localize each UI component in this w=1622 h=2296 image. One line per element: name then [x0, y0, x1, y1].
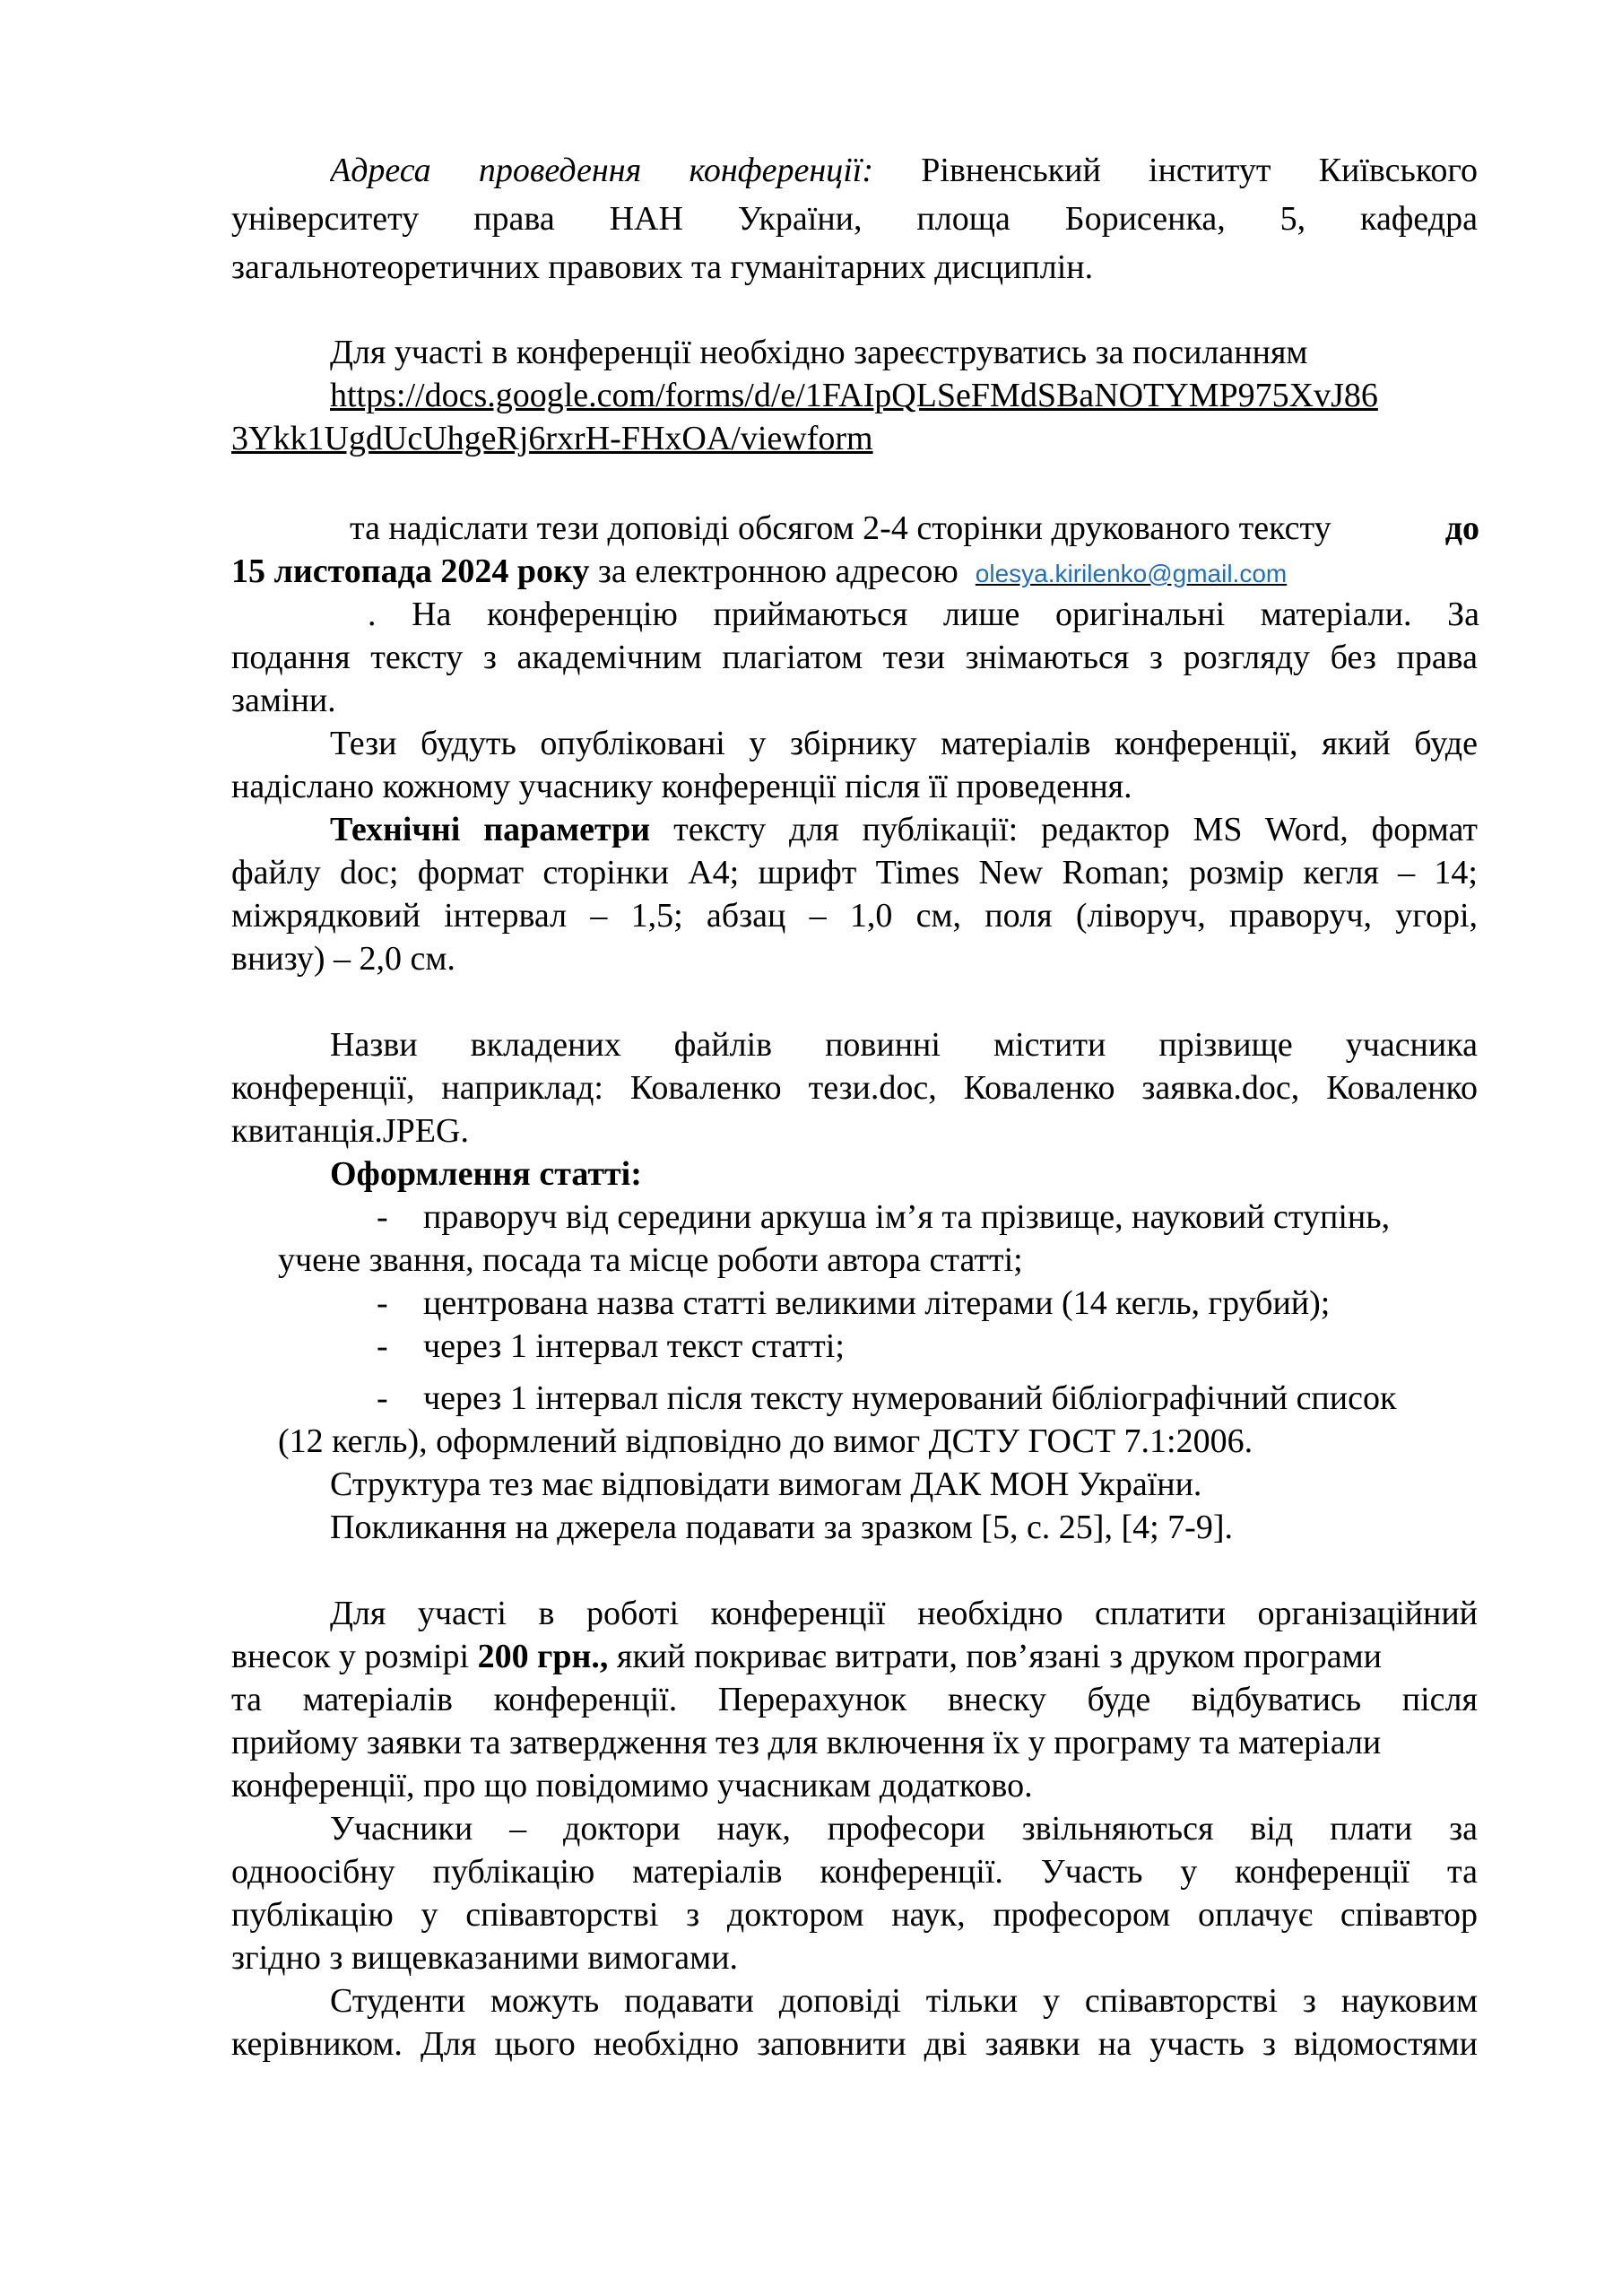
submission-line-3: . На конференцію приймаються лише оригін…	[368, 594, 1479, 635]
fee-line-2: внесок у розмірі 200 грн., який покриває…	[231, 1636, 1478, 1677]
filenames-line-3: квитанція.JPEG.	[231, 1110, 1478, 1152]
formatting-item-2: -центрована назва статті великими літера…	[377, 1283, 1478, 1324]
formatting-item-1: -праворуч від середини аркуша ім’я та пр…	[377, 1196, 1478, 1238]
fee-amount: 200 грн.,	[478, 1638, 609, 1675]
registration-link-line-1[interactable]: https://docs.google.com/forms/d/e/1FAIpQ…	[330, 375, 1478, 416]
registration-link-line-2[interactable]: 3Ykk1UgdUcUhgeRj6rxrH-FHxOA/viewform	[231, 418, 1478, 459]
fee-line-3: та матеріалів конференції. Перерахунок в…	[231, 1679, 1478, 1720]
submission-line-4: подання тексту з академічним плагіатом т…	[231, 637, 1478, 678]
formatting-heading: Оформлення статті:	[330, 1153, 1478, 1195]
fee-line-1: Для участі в роботі конференції необхідн…	[330, 1593, 1478, 1634]
exemption-line-3: публікацію у співавторстві з доктором на…	[231, 1894, 1478, 1935]
bullet-dash: -	[377, 1283, 423, 1324]
bullet-dash: -	[377, 1326, 423, 1367]
submission-line-2: 15 листопада 2024 року за електронною ад…	[231, 551, 1478, 592]
exemption-line-1: Учасники – доктори наук, професори звіль…	[330, 1808, 1478, 1849]
registration-intro: Для участі в конференції необхідно зареє…	[330, 332, 1478, 373]
students-line-2: керівником. Для цього необхідно заповнит…	[231, 2023, 1478, 2065]
fee-line-4: прийому заявки та затвердження тез для в…	[231, 1722, 1478, 1763]
address-line-1: Адреса проведення конференції: Рівненськ…	[330, 150, 1478, 191]
publication-line-2: надіслано кожному учаснику конференції п…	[231, 766, 1478, 807]
address-line-2: університету права НАН України, площа Бо…	[231, 198, 1478, 239]
technical-line-2: файлу doc; формат сторінки А4; шрифт Tim…	[231, 852, 1478, 893]
deadline: 15 листопада 2024 року	[231, 552, 589, 590]
formatting-item-4: -через 1 інтервал після тексту нумерован…	[377, 1378, 1478, 1419]
document-page: Адреса проведення конференції: Рівненськ…	[0, 0, 1622, 2296]
formatting-item-4-cont: (12 кегль), оформлений відповідно до вим…	[278, 1421, 1478, 1462]
registration-link[interactable]: https://docs.google.com/forms/d/e/1FAIpQ…	[330, 377, 1378, 414]
address-label: Адреса проведення конференції:	[330, 152, 873, 189]
filenames-line-2: конференції, наприклад: Коваленко тези.d…	[231, 1067, 1478, 1109]
formatting-item-3: -через 1 інтервал текст статті;	[377, 1326, 1478, 1367]
students-line-1: Студенти можуть подавати доповіді тільки…	[330, 1980, 1478, 2022]
bullet-dash: -	[377, 1196, 423, 1238]
technical-label: Технічні параметри	[330, 811, 650, 848]
technical-line-1: Технічні параметри тексту для публікації…	[330, 809, 1478, 850]
submission-line-5: заміни.	[231, 680, 1478, 721]
formatting-item-1-cont: учене звання, посада та місце роботи авт…	[278, 1239, 1478, 1281]
technical-line-3: міжрядковий інтервал – 1,5; абзац – 1,0 …	[231, 895, 1478, 936]
structure-note: Структура тез має відповідати вимогам ДА…	[330, 1464, 1478, 1505]
filenames-line-1: Назви вкладених файлів повинні містити п…	[330, 1024, 1478, 1065]
citations-note: Покликання на джерела подавати за зразко…	[330, 1507, 1478, 1548]
email-link[interactable]: olesya.kirilenko@gmail.com	[976, 560, 1287, 587]
registration-link-continued[interactable]: 3Ykk1UgdUcUhgeRj6rxrH-FHxOA/viewform	[231, 420, 873, 457]
address-line-3: загальнотеоретичних правових та гуманіта…	[231, 247, 1478, 288]
submission-line-1: та надіслати тези доповіді обсягом 2-4 с…	[350, 508, 1479, 549]
publication-line-1: Тези будуть опубліковані у збірнику мате…	[330, 723, 1478, 764]
fee-line-5: конференції, про що повідомимо учасникам…	[231, 1765, 1478, 1806]
bullet-dash: -	[377, 1378, 423, 1419]
exemption-line-4: згідно з вищевказаними вимогами.	[231, 1937, 1478, 1979]
exemption-line-2: одноосібну публікацію матеріалів конфере…	[231, 1851, 1478, 1892]
technical-line-4: внизу) – 2,0 см.	[231, 938, 1478, 979]
